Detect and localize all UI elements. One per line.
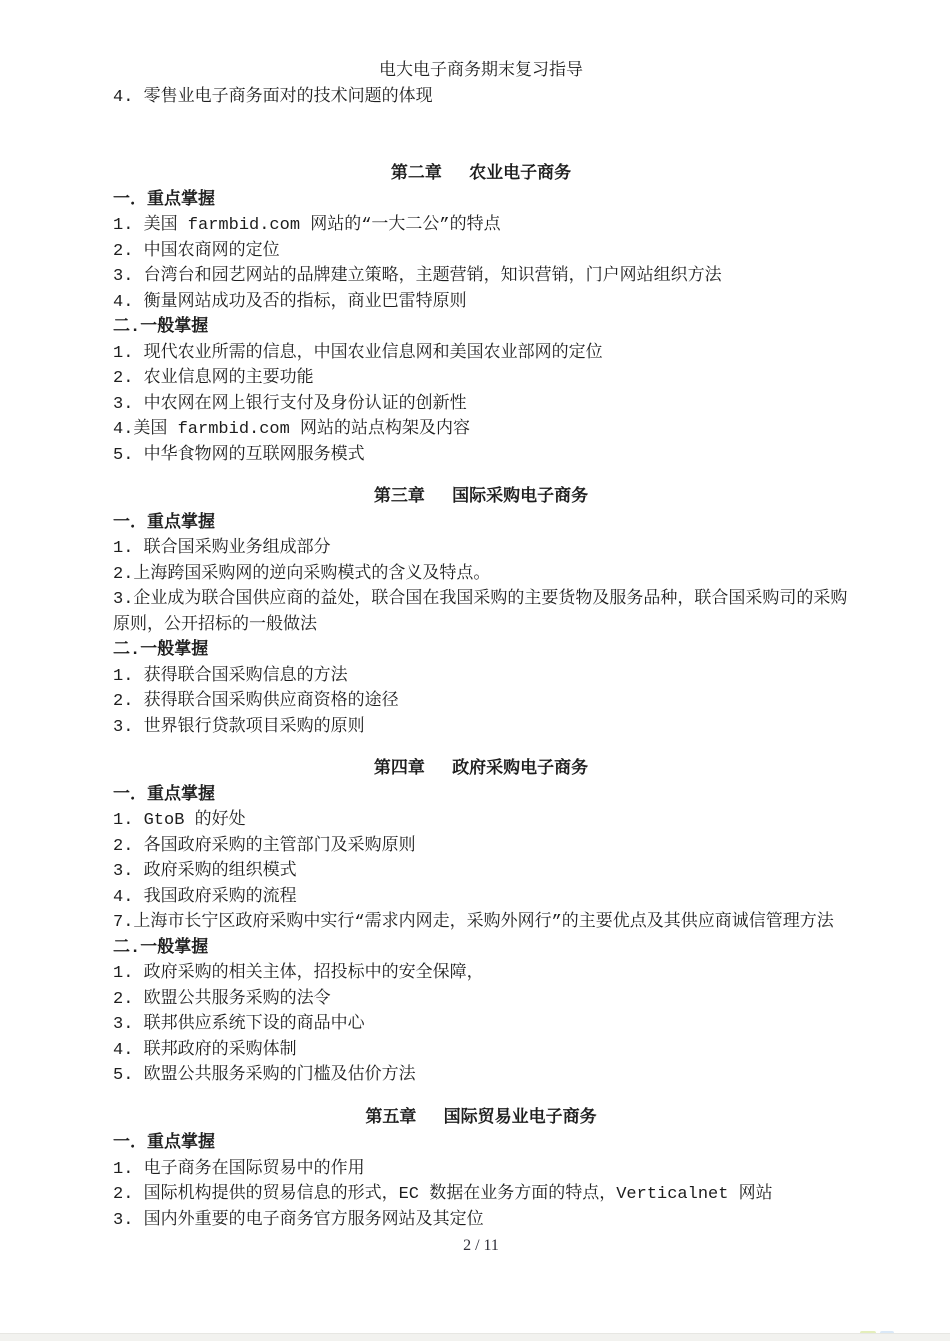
list-item: 1. 现代农业所需的信息，中国农业信息网和美国农业部网的定位: [113, 341, 849, 367]
chapter-section: 第三章 国际采购电子商务一．重点掌握1. 联合国采购业务组成部分2.上海跨国采购…: [113, 485, 849, 740]
document-page: { "document": { "header_title": "电大电子商务期…: [0, 0, 950, 1341]
list-item: 3. 台湾台和园艺网站的品牌建立策略，主题营销，知识营销，门户网站组织方法: [113, 264, 849, 290]
list-item: 2. 欧盟公共服务采购的法令: [113, 987, 849, 1013]
list-item: 1. 政府采购的相关主体，招投标中的安全保障，: [113, 961, 849, 987]
list-item: 2. 国际机构提供的贸易信息的形式，EC 数据在业务方面的特点，Vertical…: [113, 1182, 849, 1208]
list-item: 3. 国内外重要的电子商务官方服务网站及其定位: [113, 1208, 849, 1234]
subheading: 一．重点掌握: [113, 511, 849, 537]
sections: 第二章 农业电子商务一．重点掌握1. 美国 farmbid.com 网站的“一大…: [113, 162, 849, 1233]
chapter-heading: 第五章 国际贸易业电子商务: [113, 1106, 849, 1132]
subheading: 二.一般掌握: [113, 315, 849, 341]
list-item: 1. GtoB 的好处: [113, 808, 849, 834]
list-item: 1. 电子商务在国际贸易中的作用: [113, 1157, 849, 1183]
list-item: 3. 联邦供应系统下设的商品中心: [113, 1012, 849, 1038]
list-item: 4. 衡量网站成功及否的指标，商业巴雷特原则: [113, 290, 849, 316]
chapter-heading: 第三章 国际采购电子商务: [113, 485, 849, 511]
list-item: 3. 政府采购的组织模式: [113, 859, 849, 885]
list-item: 2. 农业信息网的主要功能: [113, 366, 849, 392]
list-item: 3. 世界银行贷款项目采购的原则: [113, 715, 849, 741]
list-item: 1. 美国 farmbid.com 网站的“一大二公”的特点: [113, 213, 849, 239]
list-item: 3.企业成为联合国供应商的益处，联合国在我国采购的主要货物及服务品种，联合国采购…: [113, 587, 849, 638]
chapter-section: 第五章 国际贸易业电子商务一．重点掌握1. 电子商务在国际贸易中的作用2. 国际…: [113, 1106, 849, 1234]
subheading: 一．重点掌握: [113, 783, 849, 809]
list-item: 5. 中华食物网的互联网服务模式: [113, 443, 849, 469]
list-item: 4. 零售业电子商务面对的技术问题的体现: [113, 85, 849, 111]
chapter-heading: 第二章 农业电子商务: [113, 162, 849, 188]
chapter-section: 第四章 政府采购电子商务一．重点掌握1. GtoB 的好处2. 各国政府采购的主…: [113, 757, 849, 1089]
list-item: 7.上海市长宁区政府采购中实行“需求内网走，采购外网行”的主要优点及其供应商诚信…: [113, 910, 849, 936]
page-bottom-edge: [0, 1333, 950, 1341]
list-item: 4. 联邦政府的采购体制: [113, 1038, 849, 1064]
page-title: 电大电子商务期末复习指导: [113, 59, 849, 85]
document-content: 电大电子商务期末复习指导 4. 零售业电子商务面对的技术问题的体现 第二章 农业…: [0, 0, 950, 1259]
list-item: 4.美国 farmbid.com 网站的站点构架及内容: [113, 417, 849, 443]
list-item: 2. 各国政府采购的主管部门及采购原则: [113, 834, 849, 860]
subheading: 一．重点掌握: [113, 188, 849, 214]
page-number: 2 / 11: [113, 1233, 849, 1259]
list-item: 2.上海跨国采购网的逆向采购模式的含义及特点。: [113, 562, 849, 588]
list-item: 5. 欧盟公共服务采购的门槛及估价方法: [113, 1063, 849, 1089]
list-item: 2. 获得联合国采购供应商资格的途径: [113, 689, 849, 715]
list-item: 4. 我国政府采购的流程: [113, 885, 849, 911]
chapter-heading: 第四章 政府采购电子商务: [113, 757, 849, 783]
chapter-section: 第二章 农业电子商务一．重点掌握1. 美国 farmbid.com 网站的“一大…: [113, 162, 849, 468]
subheading: 一．重点掌握: [113, 1131, 849, 1157]
list-item: 3. 中农网在网上银行支付及身份认证的创新性: [113, 392, 849, 418]
list-item: 2. 中国农商网的定位: [113, 239, 849, 265]
list-item: 1. 联合国采购业务组成部分: [113, 536, 849, 562]
subheading: 二.一般掌握: [113, 638, 849, 664]
list-item: 1. 获得联合国采购信息的方法: [113, 664, 849, 690]
subheading: 二.一般掌握: [113, 936, 849, 962]
